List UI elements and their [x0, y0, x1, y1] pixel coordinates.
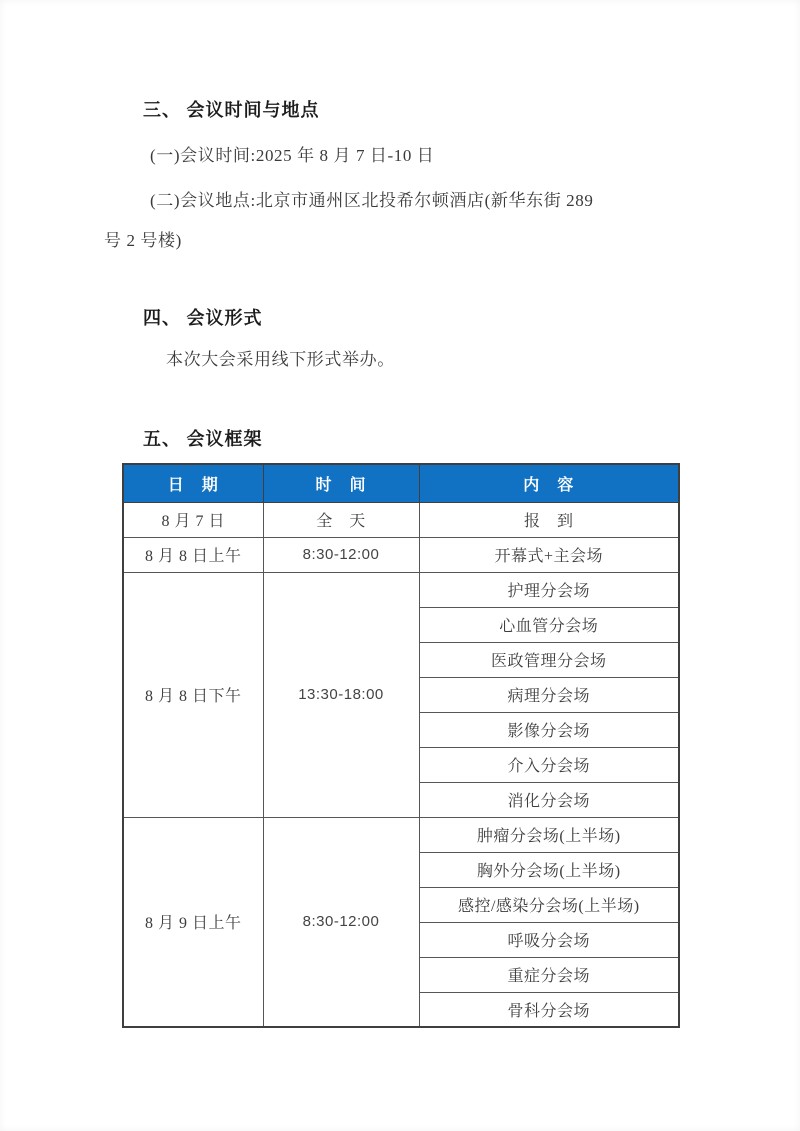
- schedule-header-cell: 内 容: [419, 464, 679, 502]
- section4-body: 本次大会采用线下形式举办。: [166, 345, 395, 370]
- schedule-content-cell: 护理分会场: [419, 572, 679, 607]
- schedule-content-cell: 病理分会场: [419, 677, 679, 712]
- schedule-header-cell: 时 间: [263, 464, 419, 502]
- schedule-table-head: 日 期时 间内 容: [123, 464, 679, 502]
- schedule-time-cell: 全 天: [263, 502, 419, 537]
- schedule-content-cell: 影像分会场: [419, 712, 679, 747]
- section3-item-time: (一)会议时间:2025 年 8 月 7 日-10 日: [150, 141, 434, 166]
- section3-heading: 三、 会议时间与地点: [143, 96, 320, 122]
- schedule-content-cell: 报 到: [419, 502, 679, 537]
- schedule-date-cell: 8 月 7 日: [123, 502, 263, 537]
- schedule-header-row: 日 期时 间内 容: [123, 464, 679, 502]
- schedule-content-cell: 消化分会场: [419, 782, 679, 817]
- schedule-content-cell: 骨科分会场: [419, 992, 679, 1027]
- schedule-content-cell: 胸外分会场(上半场): [419, 852, 679, 887]
- schedule-row: 8 月 8 日上午8:30-12:00开幕式+主会场: [123, 537, 679, 572]
- schedule-table: 日 期时 间内 容 8 月 7 日全 天报 到8 月 8 日上午8:30-12:…: [122, 463, 680, 1028]
- schedule-date-cell: 8 月 9 日上午: [123, 817, 263, 1027]
- document-page: 三、 会议时间与地点 (一)会议时间:2025 年 8 月 7 日-10 日 (…: [0, 0, 800, 1131]
- schedule-date-cell: 8 月 8 日下午: [123, 572, 263, 817]
- schedule-content-cell: 呼吸分会场: [419, 922, 679, 957]
- section4-heading: 四、 会议形式: [143, 304, 263, 330]
- schedule-content-cell: 重症分会场: [419, 957, 679, 992]
- schedule-row: 8 月 7 日全 天报 到: [123, 502, 679, 537]
- schedule-time-cell: 8:30-12:00: [263, 537, 419, 572]
- schedule-content-cell: 肿瘤分会场(上半场): [419, 817, 679, 852]
- schedule-table-body: 8 月 7 日全 天报 到8 月 8 日上午8:30-12:00开幕式+主会场8…: [123, 502, 679, 1027]
- schedule-row: 8 月 9 日上午8:30-12:00肿瘤分会场(上半场): [123, 817, 679, 852]
- schedule-date-cell: 8 月 8 日上午: [123, 537, 263, 572]
- schedule-content-cell: 心血管分会场: [419, 607, 679, 642]
- schedule-row: 8 月 8 日下午13:30-18:00护理分会场: [123, 572, 679, 607]
- schedule-time-cell: 8:30-12:00: [263, 817, 419, 1027]
- schedule-content-cell: 感控/感染分会场(上半场): [419, 887, 679, 922]
- schedule-content-cell: 医政管理分会场: [419, 642, 679, 677]
- schedule-time-cell: 13:30-18:00: [263, 572, 419, 817]
- schedule-header-cell: 日 期: [123, 464, 263, 502]
- schedule-content-cell: 开幕式+主会场: [419, 537, 679, 572]
- section3-item-location-line1: (二)会议地点:北京市通州区北投希尔顿酒店(新华东街 289: [150, 186, 593, 211]
- section5-heading: 五、 会议框架: [143, 425, 263, 451]
- section3-item-location-line2: 号 2 号楼): [104, 226, 182, 251]
- schedule-content-cell: 介入分会场: [419, 747, 679, 782]
